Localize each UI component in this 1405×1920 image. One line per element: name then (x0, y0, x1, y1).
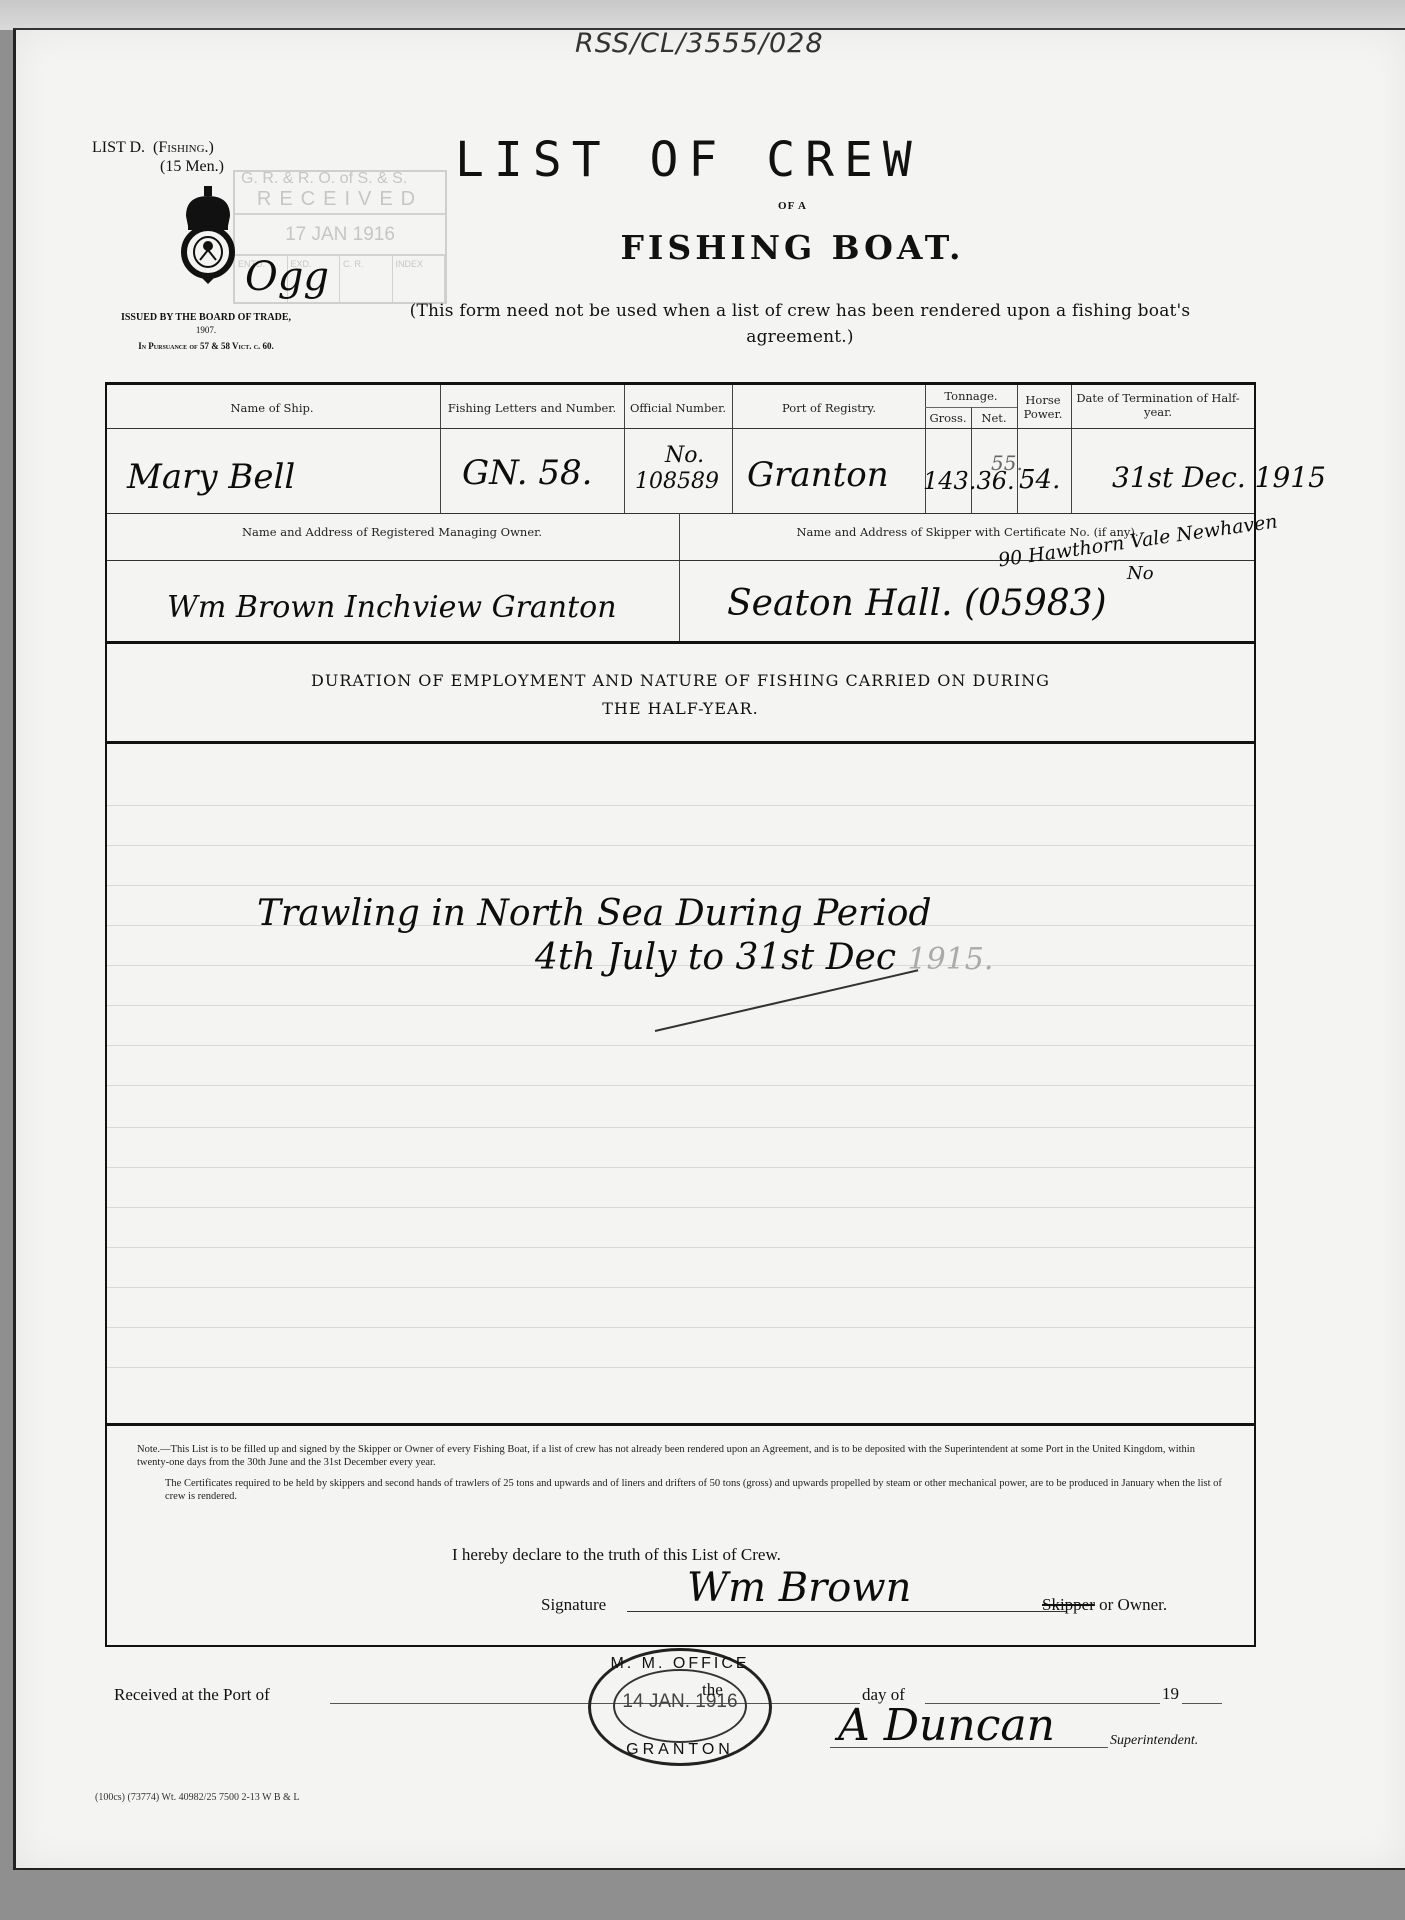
ruled-line (107, 1247, 1254, 1248)
archive-reference: RSS/CL/3555/028 (575, 28, 824, 59)
signer-role: Skipper or Owner. (1042, 1595, 1167, 1615)
divider (107, 560, 1254, 561)
header-net: Net. (971, 411, 1017, 425)
list-label: LIST D. (Fishing.) (15 Men.) (92, 138, 224, 176)
issued-year: 1907. (92, 324, 320, 337)
form-notice: (This form need not be used when a list … (390, 298, 1210, 350)
signature-label: Signature (541, 1595, 606, 1615)
divider (107, 1423, 1254, 1426)
port-of-registry-value: Granton (747, 455, 889, 495)
issued-by-text: ISSUED BY THE BOARD OF TRADE, (121, 312, 291, 323)
mm-stamp-bottom: GRANTON (591, 1741, 769, 1759)
header-tonnage: Tonnage. (925, 389, 1017, 403)
header-horse-power: Horse Power. (1017, 393, 1069, 421)
pen-stroke (655, 969, 919, 1032)
duration-heading-line1: DURATION OF EMPLOYMENT AND NATURE OF FIS… (107, 667, 1254, 695)
issued-by: ISSUED BY THE BOARD OF TRADE, 1907. (92, 311, 320, 337)
superintendent-label: Superintendent. (1110, 1733, 1198, 1749)
form-note: Note.—This List is to be filled up and s… (137, 1443, 1227, 1511)
divider (107, 741, 1254, 744)
divider (1071, 385, 1072, 513)
declaration-text: I hereby declare to the truth of this Li… (452, 1545, 781, 1565)
year-prefix: 19 (1162, 1684, 1179, 1704)
fishing-entry-line1: Trawling in North Sea During Period (257, 893, 932, 934)
header-port-of-registry: Port of Registry. (734, 401, 924, 415)
ruled-line (107, 1167, 1254, 1168)
header-name-of-ship: Name of Ship. (107, 401, 437, 415)
fishing-entry-dates: 4th July to 31st Dec (535, 937, 896, 978)
divider (679, 513, 680, 641)
fishing-letters-value: GN. 58. (462, 453, 592, 493)
scan-background (0, 0, 1405, 30)
superintendent-line (830, 1747, 1108, 1748)
fishing-entry-line2: 4th July to 31st Dec 1915. (535, 937, 993, 978)
header-gross: Gross. (925, 411, 971, 425)
official-number-prefix: No. (665, 443, 704, 468)
superintendent-signature: A Duncan (838, 1700, 1055, 1751)
mm-stamp-top: M. M. OFFICE (591, 1655, 769, 1673)
divider (624, 385, 625, 513)
pursuance-text: In Pursuance of 57 & 58 Vict. c. 60. (92, 341, 320, 351)
duration-heading-line2: THE HALF-YEAR. (107, 695, 1254, 723)
page-subtitle: FISHING BOAT. (0, 228, 1405, 267)
header-termination-date: Date of Termination of Half-year. (1073, 391, 1243, 419)
owner-label: Name and Address of Registered Managing … (107, 525, 677, 539)
ship-name-value: Mary Bell (127, 457, 295, 497)
ruled-line (107, 1005, 1254, 1006)
list-code: LIST D. (92, 139, 145, 156)
note-paragraph-1: Note.—This List is to be filled up and s… (137, 1443, 1227, 1469)
ruled-line (107, 1085, 1254, 1086)
official-number-value: 108589 (635, 469, 719, 494)
ruled-line (107, 805, 1254, 806)
role-struck: Skipper (1042, 1595, 1095, 1614)
list-men: (15 Men.) (92, 157, 224, 176)
termination-date-value: 31st Dec. 1915 (1112, 461, 1326, 494)
year-line (1182, 1703, 1222, 1704)
header-fishing-letters: Fishing Letters and Number. (442, 401, 622, 415)
ruled-line (107, 1045, 1254, 1046)
printer-line: (100cs) (73774) Wt. 40982/25 7500 2-13 W… (95, 1792, 299, 1803)
page-title: LIST OF CREW (455, 132, 922, 188)
ruled-line (107, 1207, 1254, 1208)
divider (107, 513, 1254, 514)
ruled-line (107, 1127, 1254, 1128)
divider (440, 385, 441, 513)
ruled-line (107, 1287, 1254, 1288)
header-official-number: Official Number. (626, 401, 730, 415)
divider (732, 385, 733, 513)
the-label: the (702, 1680, 723, 1700)
role-suffix: or Owner. (1099, 1595, 1167, 1614)
owner-value: Wm Brown Inchview Granton (167, 590, 617, 625)
ruled-line (107, 845, 1254, 846)
crew-form: Name of Ship. Fishing Letters and Number… (105, 382, 1256, 1647)
stamp-org: G. R. & R. O. of S. & S. (241, 170, 407, 188)
ruled-line (107, 1327, 1254, 1328)
divider (107, 428, 1254, 429)
signature-line (627, 1611, 1067, 1612)
skipper-value: Seaton Hall. (05983) (727, 583, 1107, 624)
list-type: (Fishing.) (153, 139, 214, 156)
duration-heading: DURATION OF EMPLOYMENT AND NATURE OF FIS… (107, 667, 1254, 723)
divider (107, 641, 1254, 644)
title-of-a: OF A (0, 200, 1405, 212)
fishing-entry-year: 1915. (907, 942, 993, 977)
horse-power-value: 54. (1019, 465, 1060, 495)
mm-office-stamp: M. M. OFFICE 14 JAN. 1916 GRANTON (588, 1648, 772, 1766)
signature-value: Wm Brown (687, 1565, 911, 1611)
ruled-line (107, 1367, 1254, 1368)
skipper-cert-prefix: No (1127, 563, 1154, 584)
received-port-label: Received at the Port of (114, 1685, 270, 1705)
ruled-line (107, 885, 1254, 886)
note-paragraph-2: The Certificates required to be held by … (137, 1477, 1227, 1503)
mm-stamp-date: 14 JAN. 1916 (591, 1691, 769, 1713)
